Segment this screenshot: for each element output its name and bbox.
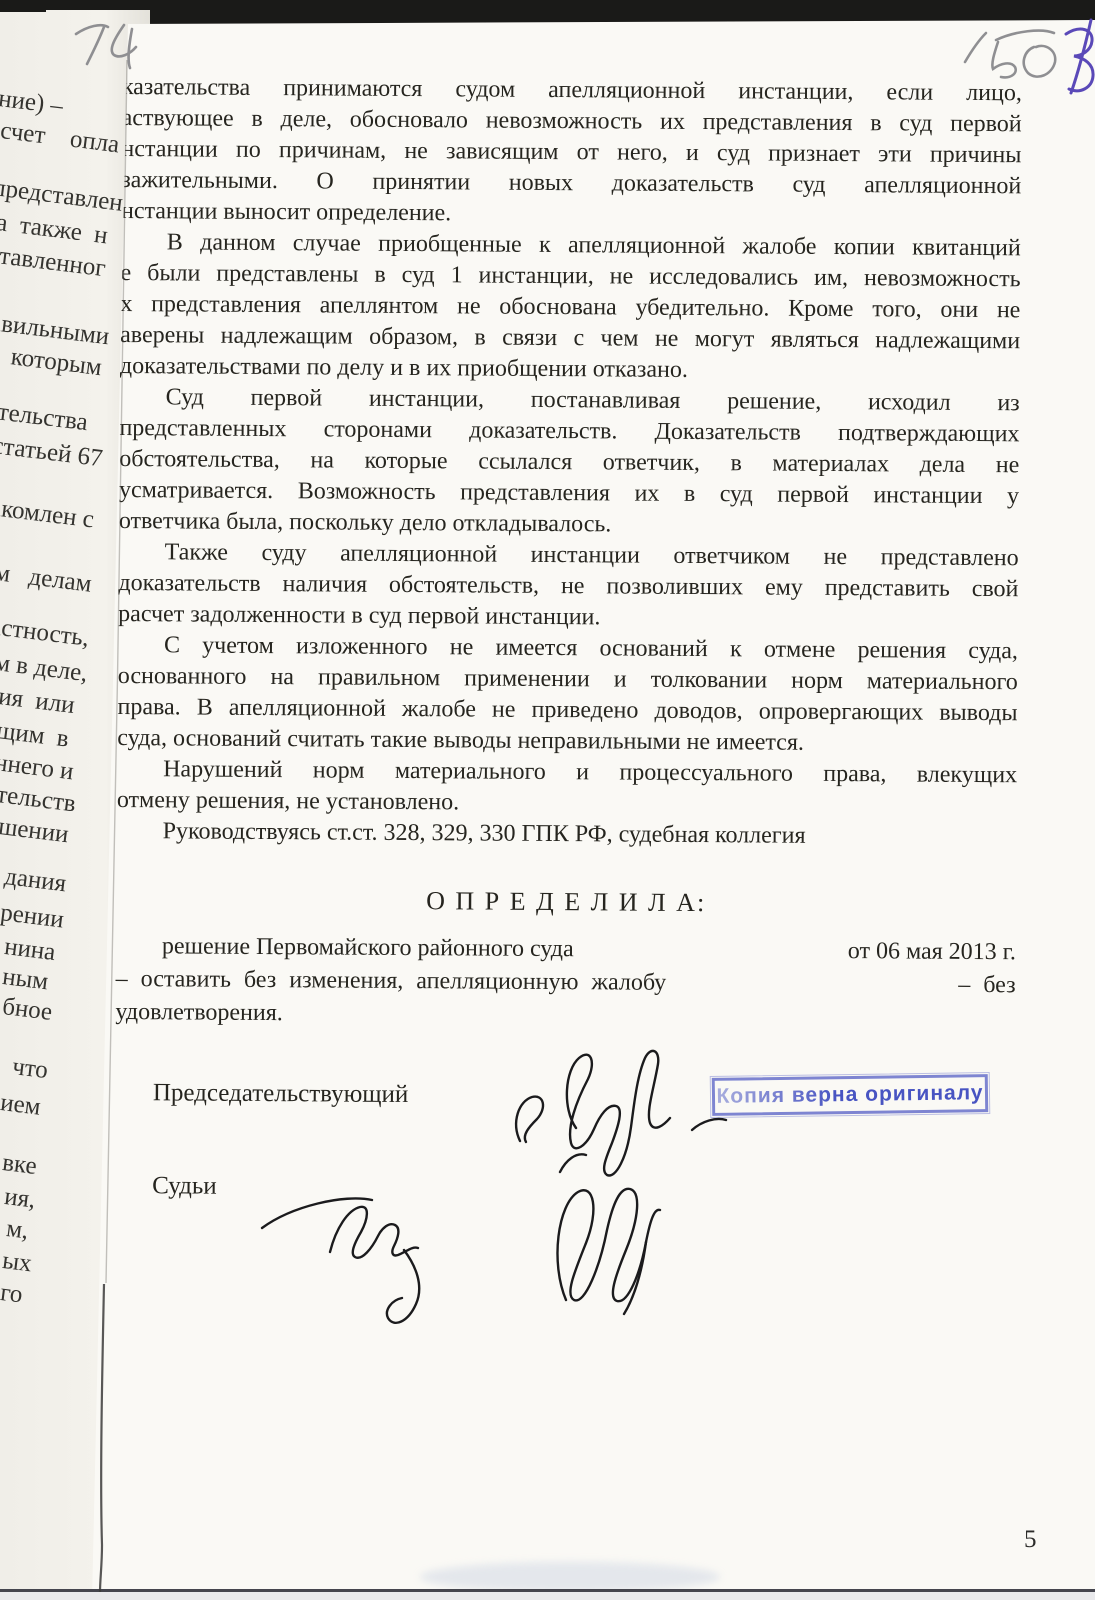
underlying-text-fragment: рении [0,900,65,933]
underlying-text-fragment: ых [1,1248,33,1276]
ruling-heading: О П Р Е Д Е Л И Л А: [116,883,1016,920]
underlying-text-fragment: что [11,1054,49,1083]
underlying-text-fragment: щим в [0,718,70,752]
operative-line-2-left: – оставить без изменения, апелляционную … [116,963,667,1000]
scanner-edge-top-left [0,0,46,12]
judges-label: Судьи [152,1170,1014,1207]
scanner-edge-below [0,1592,1095,1600]
operative-line-1-date: от 06 мая 2013 г. [848,935,1016,969]
underlying-text-fragment: представлен [0,175,124,216]
operative-line-2-right: – без [958,969,1016,1002]
copy-verification-stamp: Копия верна оригиналу [712,1074,989,1116]
body-paragraphs: казательства принимаются судом апелляцио… [117,72,1022,853]
page-number: 5 [1024,1526,1037,1554]
underlying-text-fragment: а также н [0,210,109,248]
paragraph: казательства принимаются судом апелляцио… [121,72,1022,233]
underlying-text-fragment: м, [5,1216,30,1244]
operative-line-3-text: удовлетворения. [115,996,283,1030]
paragraph: Нарушений норм материального и процессуа… [117,754,1017,822]
underlying-text-fragment: ия или [0,684,76,718]
underlying-text-fragment: шении [0,814,70,847]
operative-line-1-left: решение Первомайского районного суда [116,930,574,966]
document-text-column: казательства принимаются судом апелляцио… [114,72,1022,1207]
underlying-text-fragment: астность, [0,614,91,651]
underlying-text-fragment: ия, [3,1184,37,1213]
underlying-text-fragment: м в деле, [0,650,89,686]
paragraph: Суд первой инстанции, постанавливая реше… [119,382,1020,543]
underlying-text-fragment: вке [1,1150,38,1179]
underlying-text-fragment: бное [1,994,54,1025]
scan-smudge [420,1562,720,1592]
underlying-text-fragment: акомлен с [0,495,95,533]
document-page: казательства принимаются судом апелляцио… [0,0,1095,1600]
underlying-text-fragment: м делам [0,560,93,597]
paragraph: Также суду апелляционной инстанции ответ… [118,537,1019,636]
text-line: Руководствуясь ст.ст. 328, 329, 330 ГПК … [117,816,1017,853]
underlying-text-fragment: дания [3,864,68,896]
paragraph: Руководствуясь ст.ст. 328, 329, 330 ГПК … [117,816,1017,853]
underlying-text-fragment: го [0,1280,24,1308]
stamp-text: Копия верна оригиналу [716,1081,983,1109]
underlying-text-fragment: счет опла [0,118,121,157]
paragraph: С учетом изложенного не имеется основани… [117,630,1018,760]
underlying-text-fragment: тельств [0,782,77,817]
underlying-text-fragment: ием [0,1090,42,1120]
operative-part: решение Первомайского районного суда от … [115,930,1016,1035]
paragraph: В данном случае приобщенные к апелляцион… [120,227,1021,388]
underlying-text-fragment: ние) – [0,86,64,119]
underlying-text-fragment: ным [1,964,50,994]
underlying-text-fragment: нина [3,934,57,965]
underlying-text-fragment: ставленног [0,242,107,281]
scanned-court-document: ние) –счет оплапредставлена также нставл… [0,0,1095,1600]
underlying-text-fragment: ннего и [0,750,75,785]
scanner-edge-top [0,0,1095,24]
underlying-text-fragment: статьей 67 [0,433,104,471]
underlying-text-fragment: ятельства [0,398,89,435]
operative-line-3: удовлетворения. [115,996,1015,1035]
